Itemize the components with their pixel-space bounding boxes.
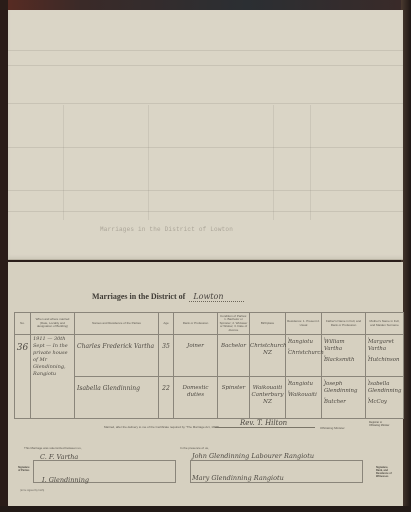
groom-mother: 1 Margaret Vartha 2 Hutchinson: [366, 335, 404, 377]
header-residence: Residence: 1. Present 2. Usual: [286, 313, 322, 335]
presence-label: In the presence of us,: [180, 446, 209, 450]
groom-father-name: William Vartha: [324, 339, 363, 353]
bride-mother-name: Isabella Glendinning: [368, 381, 401, 395]
book-binding-bottom: [0, 506, 411, 512]
ghost-line: [8, 190, 403, 191]
groom-age: 35: [159, 335, 174, 377]
groom-father: 1 William Vartha 2 Blacksmith: [322, 335, 366, 377]
groom-mother-maiden: Hutchinson: [368, 357, 401, 364]
bride-father: 1 Joseph Glendinning 2 Butcher: [322, 377, 366, 419]
facing-page-blank: Marriages in the District of Lowton: [8, 10, 403, 260]
ghost-line: [8, 147, 403, 148]
parties-side-label: Signature of Parties: [18, 466, 30, 472]
book-binding-top: [0, 0, 411, 10]
book-binding-left: [0, 0, 8, 512]
header-age: Age: [159, 313, 174, 335]
bride-residence: 1 Rangiotu 2 Waikouaiti: [286, 377, 322, 419]
footnote: (to be signed by both): [20, 489, 44, 492]
minister-label: Officiating Minister: [320, 426, 345, 430]
groom-row: 36 1911 — 30th Sept — In the private hou…: [15, 335, 404, 377]
ghost-line: [8, 103, 403, 104]
header-when-where: When and where married (Date, Locality a…: [31, 313, 75, 335]
bride-residence-present: Rangiotu: [288, 381, 319, 388]
groom-condition: Bachelor: [218, 335, 250, 377]
header-names: Names and Residence of the Parties: [75, 313, 159, 335]
bride-father-rank: Butcher: [324, 399, 363, 406]
header-rank: Rank or Profession: [174, 313, 218, 335]
header-row: No. When and where married (Date, Locali…: [15, 313, 404, 335]
solemnized-label: This Marriage was solemnized between us,: [24, 446, 82, 450]
when-where-married: 1911 — 30th Sept — In the private house …: [31, 335, 75, 419]
header-birthplace: Birthplace: [250, 313, 286, 335]
ghost-line: [63, 105, 64, 220]
groom-mother-name: Margaret Vartha: [368, 339, 401, 353]
bride-residence-usual: Waikouaiti: [288, 392, 319, 399]
bride-condition: Spinster: [218, 377, 250, 419]
witness-1-signature: John Glendinning Labourer Rangiotu: [192, 452, 314, 460]
marriage-register-table: No. When and where married (Date, Locali…: [14, 312, 404, 419]
entry-number: 36: [15, 335, 31, 419]
witnesses-side-label: Signature, Rank, and Residence of Witnes…: [376, 466, 394, 478]
bleed-through-caption: Marriages in the District of Lowton: [100, 226, 233, 233]
groom-birthplace: Christchurch NZ: [250, 335, 286, 377]
witness-2-signature: Mary Glendinning Rangiotu: [192, 474, 284, 482]
groom-rank: Joiner: [174, 335, 218, 377]
header-no: No.: [15, 313, 31, 335]
groom-father-rank: Blacksmith: [324, 357, 363, 364]
bride-father-name: Joseph Glendinning: [324, 381, 363, 395]
header-father: Father's Name in Full, and Rank or Profe…: [322, 313, 366, 335]
bride-rank: Domestic duties: [174, 377, 218, 419]
groom-residence: 1 Rangiotu 2 Christchurch: [286, 335, 322, 377]
district-value: Lowton: [189, 292, 244, 302]
groom-residence-present: Rangiotu: [288, 339, 319, 346]
minister-stamp: Registrar or Officiating Minister: [369, 421, 391, 427]
ghost-line: [148, 105, 149, 220]
bride-mother: 1 Isabella Glendinning 2 McCoy: [366, 377, 404, 419]
ghost-line: [273, 105, 274, 220]
certificate-note: Married, after the delivery to me of the…: [104, 425, 219, 429]
header-mother: Mother's Name in Full, and Maiden Surnam…: [366, 313, 404, 335]
groom-signature: C. F. Vartha: [40, 453, 78, 461]
groom-name: Charles Frederick Vartha: [75, 335, 159, 377]
bride-age: 22: [159, 377, 174, 419]
ghost-line: [8, 50, 403, 51]
ghost-line: [8, 65, 403, 66]
bride-birthplace: Waikouaiti Canterbury NZ: [250, 377, 286, 419]
ghost-line: [8, 211, 403, 212]
register-title: Marriages in the District of Lowton: [92, 292, 244, 302]
title-text: Marriages in the District of: [92, 292, 185, 301]
bride-mother-maiden: McCoy: [368, 399, 401, 406]
ghost-line: [310, 105, 311, 220]
bride-name: Isabella Glendinning: [75, 377, 159, 419]
bride-signature: I. Glendinning: [42, 476, 89, 484]
minister-signature: Rev. T. Hilton: [215, 419, 315, 428]
groom-residence-usual: Christchurch: [288, 350, 319, 357]
header-condition: Condition of Parties: 1. Bachelor or Spi…: [218, 313, 250, 335]
